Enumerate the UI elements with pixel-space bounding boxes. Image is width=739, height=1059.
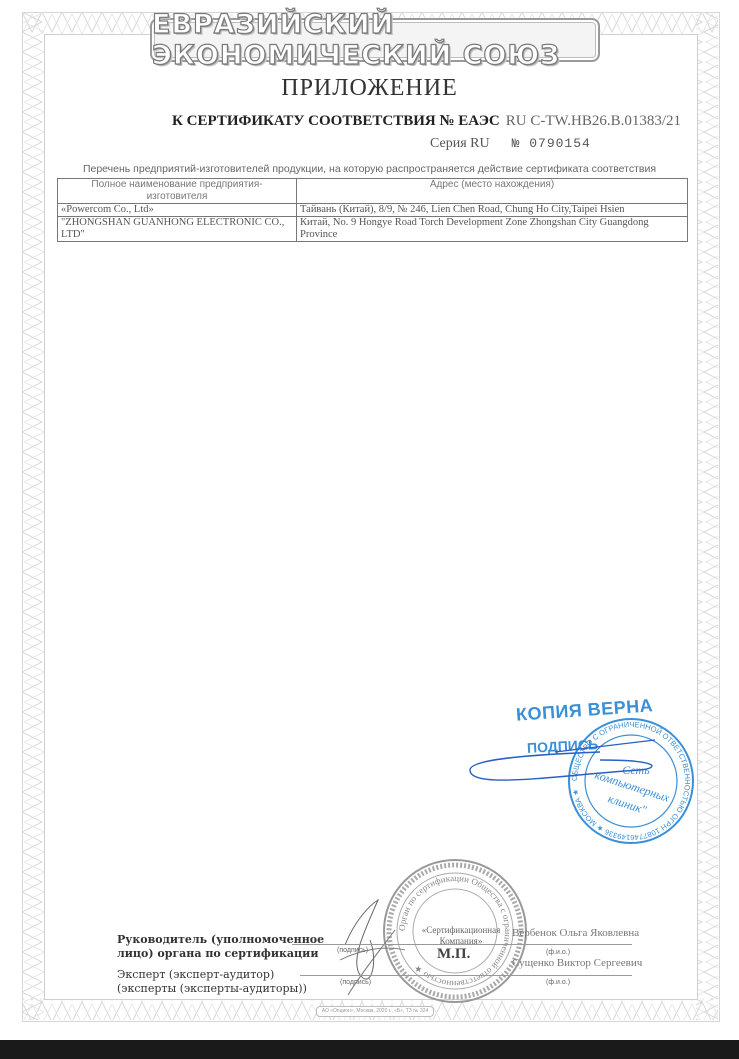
column-header-address: Адрес (место нахождения) — [297, 179, 688, 204]
series-label: Серия RU — [430, 136, 490, 151]
appendix-title: ПРИЛОЖЕНИЕ — [0, 75, 739, 102]
seal-place-mark: М.П. — [437, 946, 470, 963]
manufacturers-caption: Перечень предприятий-изготовителей проду… — [0, 163, 739, 175]
union-title: ЕВРАЗИЙСКИЙ ЭКОНОМИЧЕСКИЙ СОЮЗ — [152, 9, 598, 71]
head-signature-caption: (подпись) — [337, 947, 368, 954]
expert-label-line1: Эксперт (эксперт-аудитор) — [117, 968, 307, 982]
viewer-bottom-bar — [0, 1040, 739, 1059]
certificate-reference: К СЕРТИФИКАТУ СООТВЕТСТВИЯ № ЕАЭСRU C-TW… — [172, 112, 681, 130]
expert-label-line2: (эксперты (эксперты-аудиторы)) — [117, 982, 307, 996]
manufacturer-address: Китай, No. 9 Hongye Road Torch Developme… — [297, 217, 688, 242]
expert-name: Сущенко Виктор Сергеевич — [512, 957, 642, 969]
manufacturer-address: Тайвань (Китай), 8/9, № 246, Lien Chen R… — [297, 204, 688, 217]
certificate-page: ЕВРАЗИЙСКИЙ ЭКОНОМИЧЕСКИЙ СОЮЗ ПРИЛОЖЕНИ… — [0, 0, 739, 1040]
manufacturer-name: «Powercom Co., Ltd» — [58, 204, 297, 217]
expert-signature-caption: (подпись) — [340, 979, 371, 986]
seal-center-line1: «Сертификационная — [416, 925, 506, 936]
certificate-label: К СЕРТИФИКАТУ СООТВЕТСТВИЯ № ЕАЭС — [172, 113, 500, 129]
company-seal-icon: ОБЩЕСТВО С ОГРАНИЧЕННОЙ ОТВЕТСТВЕННОСТЬЮ… — [566, 716, 696, 846]
manufacturers-table: Полное наименование предприятия-изготови… — [57, 178, 688, 242]
expert-fio-caption: (ф.и.о.) — [546, 979, 570, 986]
manufacturer-name: "ZHONGSHAN GUANHONG ELECTRONIC CO., LTD" — [58, 217, 297, 242]
svg-text:Сеть: Сеть — [622, 763, 650, 777]
series-reference: Серия RU№ 0790154 — [430, 136, 591, 152]
expert-signature-line — [300, 975, 632, 976]
head-name: Вербенок Ольга Яковлевна — [512, 927, 639, 939]
union-header-band: ЕВРАЗИЙСКИЙ ЭКОНОМИЧЕСКИЙ СОЮЗ — [150, 18, 600, 62]
table-row: «Powercom Co., Ltd» Тайвань (Китай), 8/9… — [58, 204, 688, 217]
head-label-line2: лицо) органа по сертификации — [117, 947, 324, 961]
printer-imprint: АО «Опцион», Москва, 2020 г., «Б», ТЗ № … — [316, 1006, 434, 1017]
certificate-number: RU C-TW.НВ26.В.01383/21 — [506, 113, 681, 129]
head-label: Руководитель (уполномоченное лицо) орган… — [117, 933, 324, 961]
table-row: "ZHONGSHAN GUANHONG ELECTRONIC CO., LTD"… — [58, 217, 688, 242]
expert-label: Эксперт (эксперт-аудитор) (эксперты (экс… — [117, 968, 307, 996]
column-header-name: Полное наименование предприятия-изготови… — [58, 179, 297, 204]
head-fio-caption: (ф.и.о.) — [546, 949, 570, 956]
head-signature-line — [292, 944, 632, 945]
table-header-row: Полное наименование предприятия-изготови… — [58, 179, 688, 204]
series-number: № 0790154 — [512, 136, 591, 151]
